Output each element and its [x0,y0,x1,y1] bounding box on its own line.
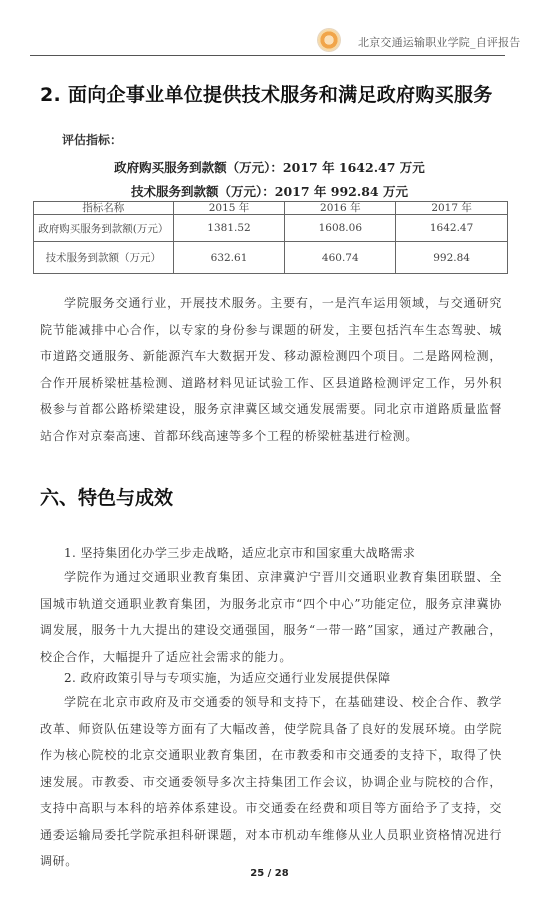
table-header-cell: 2015 年 [173,202,285,215]
table-row: 技术服务到款额（万元） 632.61 460.74 992.84 [34,242,508,274]
body-paragraph: 学院在北京市政府及市交通委的领导和支持下，在基础建设、校企合作、教学改革、师资队… [40,689,502,875]
header-title: 北京交通运输职业学院_自评报告 [358,34,521,50]
metric-technical-service: 技术服务到款额（万元）：2017 年 992.84 万元 [0,182,539,200]
school-emblem-logo-icon [318,29,340,51]
table-header-cell: 指标名称 [34,202,174,215]
table-row: 政府购买服务到款额(万元） 1381.52 1608.06 1642.47 [34,215,508,242]
section-title: 2. 面向企事业单位提供技术服务和满足政府购买服务 [40,80,493,107]
table-header-cell: 2017 年 [396,202,508,215]
table-cell: 632.61 [173,242,285,274]
table-cell: 460.74 [285,242,396,274]
table-cell: 技术服务到款额（万元） [34,242,174,274]
table-header-cell: 2016 年 [285,202,396,215]
table-cell: 1381.52 [173,215,285,242]
header-divider [30,55,505,56]
body-paragraph: 学院作为通过交通职业教育集团、京津冀沪宁晋川交通职业教育集团联盟、全国城市轨道交… [40,564,502,670]
indicator-table: 指标名称 2015 年 2016 年 2017 年 政府购买服务到款额(万元） … [33,201,508,274]
table-header-row: 指标名称 2015 年 2016 年 2017 年 [34,202,508,215]
subsection-heading: 2. 政府政策引导与专项实施，为适应交通行业发展提供保障 [64,669,390,686]
page-number: 25 / 28 [0,868,539,879]
technical-service-paragraph: 学院服务交通行业，开展技术服务。主要有，一是汽车运用领域，与交通研究院节能减排中… [40,290,502,449]
table-cell: 992.84 [396,242,508,274]
chapter-title: 六、特色与成效 [40,483,173,510]
table-cell: 1642.47 [396,215,508,242]
table-cell: 1608.06 [285,215,396,242]
metric-government-purchase: 政府购买服务到款额（万元）：2017 年 1642.47 万元 [0,158,539,176]
evaluation-indicator-label: 评估指标： [62,131,122,148]
page-header: 北京交通运输职业学院_自评报告 [0,0,539,60]
subsection-heading: 1. 坚持集团化办学三步走战略，适应北京市和国家重大战略需求 [64,544,415,561]
table-cell: 政府购买服务到款额(万元） [34,215,174,242]
